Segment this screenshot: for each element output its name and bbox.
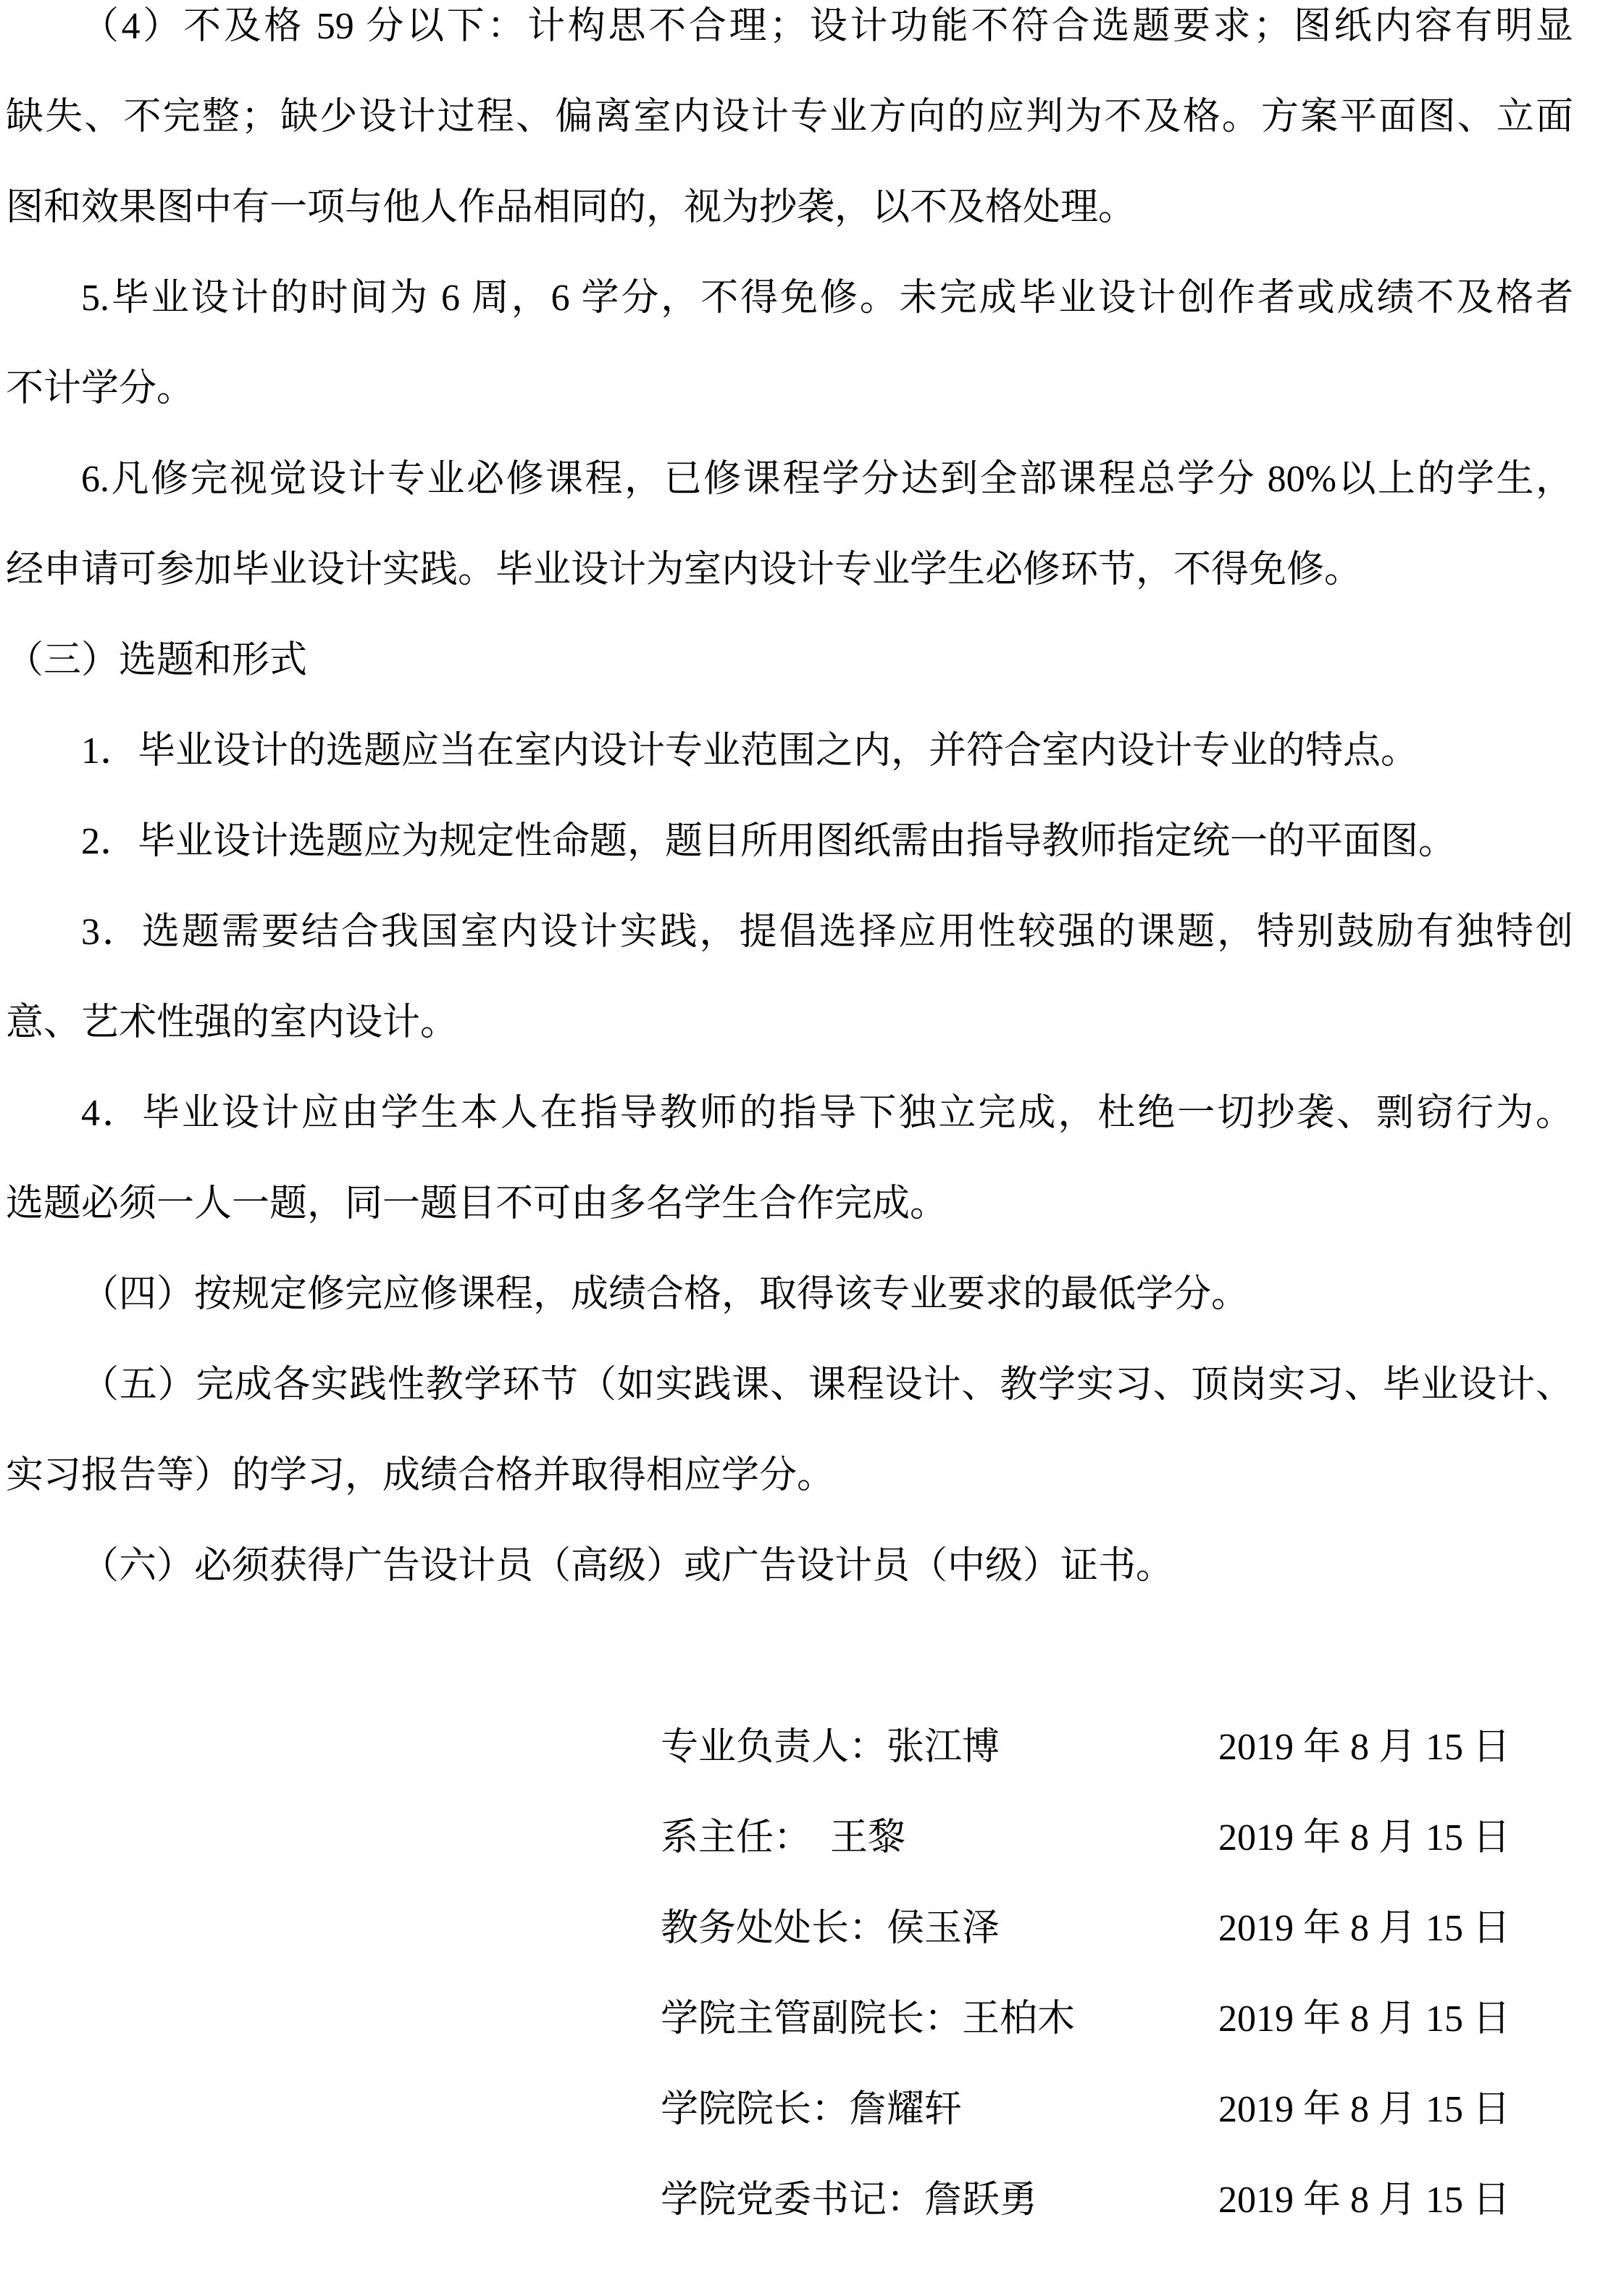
signature-date: 2019 年 8 月 15 日 xyxy=(1218,1793,1510,1883)
text-line: 4．毕业设计应由学生本人在指导教师的指导下独立完成，杜绝一切抄袭、剽窃行为。 xyxy=(6,1068,1573,1159)
text-line: 图和效果图中有一项与他人作品相同的，视为抄袭，以不及格处理。 xyxy=(6,162,1573,253)
text-line: 2．毕业设计选题应为规定性命题，题目所用图纸需由指导教师指定统一的平面图。 xyxy=(6,796,1573,887)
signature-date: 2019 年 8 月 15 日 xyxy=(1218,1883,1510,1974)
signature-row: 教务处处长：侯玉泽 2019 年 8 月 15 日 xyxy=(661,1883,1624,1974)
signature-label: 教务处处长：侯玉泽 xyxy=(661,1883,1218,1974)
signature-row: 学院主管副院长：王柏木 2019 年 8 月 15 日 xyxy=(661,1974,1624,2064)
text-line: 不计学分。 xyxy=(6,343,1573,434)
text-line: 5.毕业设计的时间为 6 周，6 学分，不得免修。未完成毕业设计创作者或成绩不及… xyxy=(6,253,1573,343)
text-line: （4）不及格 59 分以下：计构思不合理；设计功能不符合选题要求；图纸内容有明显 xyxy=(6,0,1573,72)
signature-date: 2019 年 8 月 15 日 xyxy=(1218,2155,1510,2245)
text-line: 经申请可参加毕业设计实践。毕业设计为室内设计专业学生必修环节，不得免修。 xyxy=(6,525,1573,615)
signature-row: 系主任： 王黎 2019 年 8 月 15 日 xyxy=(661,1793,1624,1883)
text-line: 1．毕业设计的选题应当在室内设计专业范围之内，并符合室内设计专业的特点。 xyxy=(6,706,1573,796)
signature-date: 2019 年 8 月 15 日 xyxy=(1218,1702,1510,1793)
text-line: 3．选题需要结合我国室内设计实践，提倡选择应用性较强的课题，特别鼓励有独特创 xyxy=(6,887,1573,977)
signature-date: 2019 年 8 月 15 日 xyxy=(1218,2064,1510,2155)
text-line: 缺失、不完整；缺少设计过程、偏离室内设计专业方向的应判为不及格。方案平面图、立面 xyxy=(6,72,1573,162)
text-line: （五）完成各实践性教学环节（如实践课、课程设计、教学实习、顶岗实习、毕业设计、 xyxy=(6,1340,1573,1430)
document-page: （4）不及格 59 分以下：计构思不合理；设计功能不符合选题要求；图纸内容有明显… xyxy=(0,0,1624,2294)
signature-label: 学院院长：詹耀轩 xyxy=(661,2064,1218,2155)
text-line: （四）按规定修完应修课程，成绩合格，取得该专业要求的最低学分。 xyxy=(6,1249,1573,1340)
section-heading: （三）选题和形式 xyxy=(6,615,1573,706)
text-line: 实习报告等）的学习，成绩合格并取得相应学分。 xyxy=(6,1430,1573,1521)
signature-row: 学院党委书记：詹跃勇 2019 年 8 月 15 日 xyxy=(661,2155,1624,2245)
signature-row: 专业负责人：张江博 2019 年 8 月 15 日 xyxy=(661,1702,1624,1793)
signature-date: 2019 年 8 月 15 日 xyxy=(1218,1974,1510,2064)
document-body: （4）不及格 59 分以下：计构思不合理；设计功能不符合选题要求；图纸内容有明显… xyxy=(0,0,1624,1611)
signature-label: 专业负责人：张江博 xyxy=(661,1702,1218,1793)
text-line: 6.凡修完视觉设计专业必修课程，已修课程学分达到全部课程总学分 80%以上的学生… xyxy=(6,434,1573,525)
text-line: 选题必须一人一题，同一题目不可由多名学生合作完成。 xyxy=(6,1159,1573,1249)
text-line: （六）必须获得广告设计员（高级）或广告设计员（中级）证书。 xyxy=(6,1521,1573,1611)
signature-label: 系主任： 王黎 xyxy=(661,1793,1218,1883)
signature-label: 学院主管副院长：王柏木 xyxy=(661,1974,1218,2064)
signature-row: 学院院长：詹耀轩 2019 年 8 月 15 日 xyxy=(661,2064,1624,2155)
text-line: 意、艺术性强的室内设计。 xyxy=(6,977,1573,1068)
signature-block: 专业负责人：张江博 2019 年 8 月 15 日 系主任： 王黎 2019 年… xyxy=(0,1702,1624,2245)
signature-label: 学院党委书记：詹跃勇 xyxy=(661,2155,1218,2245)
